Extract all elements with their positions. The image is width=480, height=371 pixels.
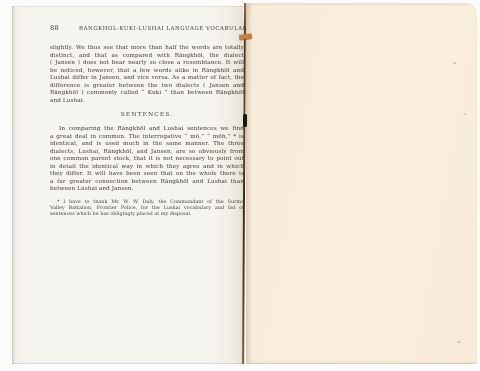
- page-header: 88 RANGKHOL-KUKI-LUSHAI LANGUAGE VOCABUL…: [50, 24, 244, 33]
- text-line: difference is greater between the two di…: [50, 83, 244, 91]
- footnote-line: sentences which he has obligingly placed…: [50, 211, 244, 217]
- paper-speck: [457, 341, 461, 343]
- text-line: a great deal in common. The interrogativ…: [50, 134, 244, 142]
- paper-speck: [464, 113, 466, 115]
- paragraph-2: In comparing the Rāngkhōl and Lushai sen…: [50, 126, 244, 194]
- text-line: be noticed, however, that a few words al…: [50, 68, 244, 76]
- text-line: Rāngkhōl ) commonly called “ Kuki ” than…: [50, 90, 244, 98]
- book-scan: 88 RANGKHOL-KUKI-LUSHAI LANGUAGE VOCABUL…: [0, 0, 480, 371]
- paper-speck: [453, 62, 456, 64]
- text-line: Lushai differ in Jansen, and vice versa.…: [50, 75, 244, 83]
- footnote: * I have to thank Mr. W. W. Daly, the Co…: [50, 199, 244, 218]
- text-line: identical, and is used much in the same …: [50, 141, 244, 149]
- text-line: slightly. We thus see that more than hal…: [50, 45, 244, 53]
- text-line: In comparing the Rāngkhōl and Lushai sen…: [50, 126, 244, 134]
- left-page: 88 RANGKHOL-KUKI-LUSHAI LANGUAGE VOCABUL…: [12, 6, 243, 364]
- paragraph-1: slightly. We thus see that more than hal…: [50, 45, 244, 105]
- page-number: 88: [50, 24, 59, 32]
- footnote-line: * I have to thank Mr. W. W. Daly, the Co…: [50, 199, 244, 205]
- text-line: dialects, Lushai, Rāngkhōl, and Jansen, …: [50, 149, 244, 157]
- text-line: and Lushai.: [50, 98, 244, 106]
- left-page-text-block: 88 RANGKHOL-KUKI-LUSHAI LANGUAGE VOCABUL…: [50, 24, 244, 218]
- text-line: they differ. It will have been seen that…: [50, 171, 244, 179]
- text-line: in detail the identical way in which the…: [50, 164, 244, 172]
- section-heading: SENTENCES.: [50, 111, 244, 119]
- text-line: a far greater connection between Rāngkhō…: [50, 179, 244, 187]
- right-page: [246, 3, 477, 364]
- running-title: RANGKHOL-KUKI-LUSHAI LANGUAGE VOCABULARY…: [79, 26, 253, 32]
- text-line: between Lushai and Jansen.: [50, 186, 244, 194]
- text-line: one common parent stock, that it is not …: [50, 156, 244, 164]
- text-line: ( Jansen ) does not bear nearly so close…: [50, 60, 244, 68]
- ink-blob: [243, 114, 247, 127]
- text-line: distinct, and that as compared with Rāng…: [50, 53, 244, 61]
